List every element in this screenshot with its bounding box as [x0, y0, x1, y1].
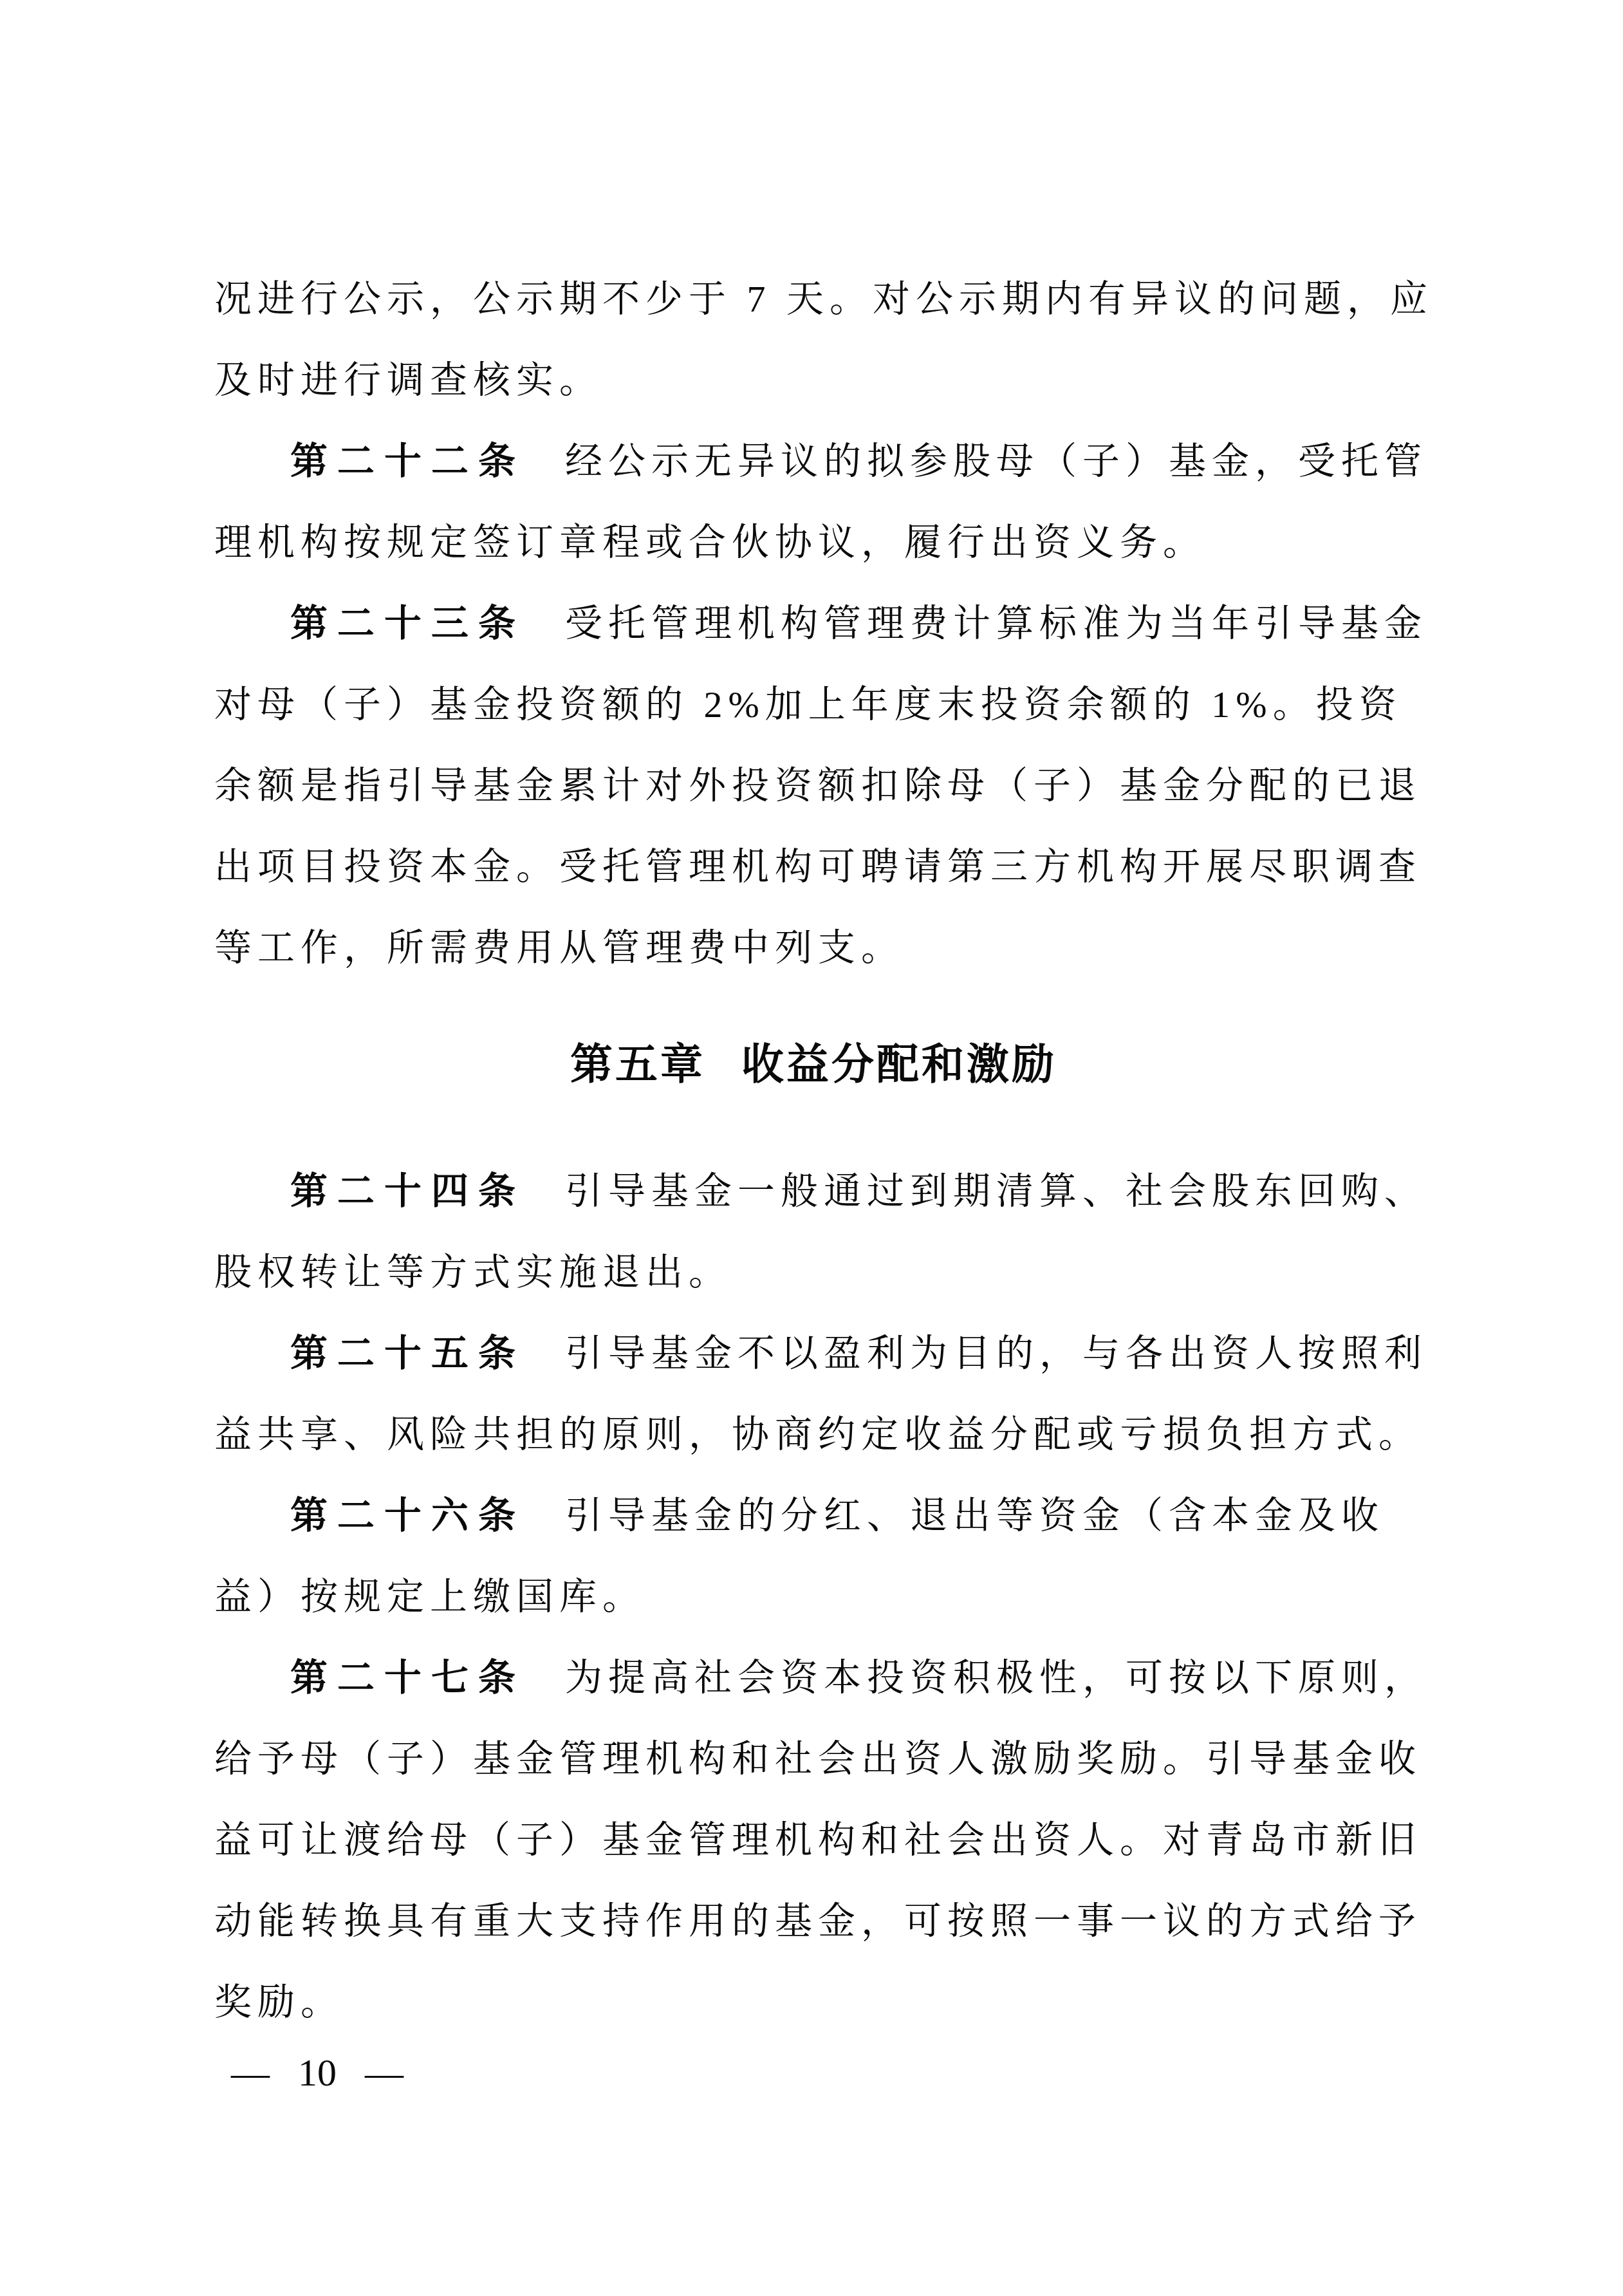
text-line: 对母（子）基金投资额的 2%加上年度末投资余额的 1%。投资: [214, 664, 1413, 745]
text-line: 出项目投资本金。受托管理机构可聘请第三方机构开展尽职调查: [214, 826, 1413, 908]
article-text: 引导基金一般通过到期清算、社会股东回购、: [565, 1170, 1427, 1212]
text-line: 况进行公示，公示期不少于 7 天。对公示期内有异议的问题，应: [214, 259, 1413, 340]
text-line: 股权转让等方式实施退出。: [214, 1232, 1413, 1313]
chapter-number: 第五章: [570, 1041, 705, 1088]
article-number-label: 第二十五条: [290, 1332, 525, 1374]
text-line: 益共享、风险共担的原则，协商约定收益分配或亏损负担方式。: [214, 1394, 1413, 1475]
footer-dash-left: —: [231, 2051, 270, 2095]
page-number-footer: — 10 —: [231, 2051, 403, 2095]
text-line: 理机构按规定签订章程或合伙协议，履行出资义务。: [214, 502, 1413, 583]
text-line: 奖励。: [214, 1962, 1413, 2043]
document-page: 况进行公示，公示期不少于 7 天。对公示期内有异议的问题，应 及时进行调查核实。…: [0, 0, 1623, 2296]
footer-page-number: 10: [298, 2051, 337, 2095]
text-line: 给予母（子）基金管理机构和社会出资人激励奖励。引导基金收: [214, 1719, 1413, 1800]
article-line: 第二十四条引导基金一般通过到期清算、社会股东回购、: [214, 1151, 1413, 1232]
article-text: 引导基金的分红、退出等资金（含本金及收: [565, 1495, 1384, 1536]
article-line: 第二十五条引导基金不以盈利为目的，与各出资人按照利: [214, 1313, 1413, 1394]
article-number-label: 第二十六条: [290, 1495, 525, 1536]
article-number-label: 第二十二条: [290, 440, 525, 482]
article-text: 受托管理机构管理费计算标准为当年引导基金: [565, 602, 1427, 644]
article-number-label: 第二十三条: [290, 602, 525, 644]
article-number-label: 第二十七条: [290, 1657, 525, 1699]
article-text: 为提高社会资本投资积极性，可按以下原则，: [565, 1657, 1427, 1699]
text-line: 动能转换具有重大支持作用的基金，可按照一事一议的方式给予: [214, 1881, 1413, 1962]
article-text: 经公示无异议的拟参股母（子）基金，受托管: [565, 440, 1427, 482]
article-line: 第二十三条受托管理机构管理费计算标准为当年引导基金: [214, 583, 1413, 664]
footer-dash-right: —: [365, 2051, 403, 2095]
article-line: 第二十二条经公示无异议的拟参股母（子）基金，受托管: [214, 421, 1413, 502]
text-line: 余额是指引导基金累计对外投资额扣除母（子）基金分配的已退: [214, 745, 1413, 826]
text-line: 益可让渡给母（子）基金管理机构和社会出资人。对青岛市新旧: [214, 1800, 1413, 1881]
article-line: 第二十六条引导基金的分红、退出等资金（含本金及收: [214, 1475, 1413, 1556]
article-text: 引导基金不以盈利为目的，与各出资人按照利: [565, 1332, 1427, 1374]
article-number-label: 第二十四条: [290, 1170, 525, 1212]
text-line: 等工作，所需费用从管理费中列支。: [214, 908, 1413, 989]
article-line: 第二十七条为提高社会资本投资积极性，可按以下原则，: [214, 1638, 1413, 1719]
text-line: 益）按规定上缴国库。: [214, 1556, 1413, 1638]
chapter-title: 收益分配和激励: [741, 1041, 1057, 1088]
text-line: 及时进行调查核实。: [214, 340, 1413, 421]
chapter-heading: 第五章收益分配和激励: [214, 1025, 1413, 1106]
document-body: 况进行公示，公示期不少于 7 天。对公示期内有异议的问题，应 及时进行调查核实。…: [214, 259, 1413, 2043]
